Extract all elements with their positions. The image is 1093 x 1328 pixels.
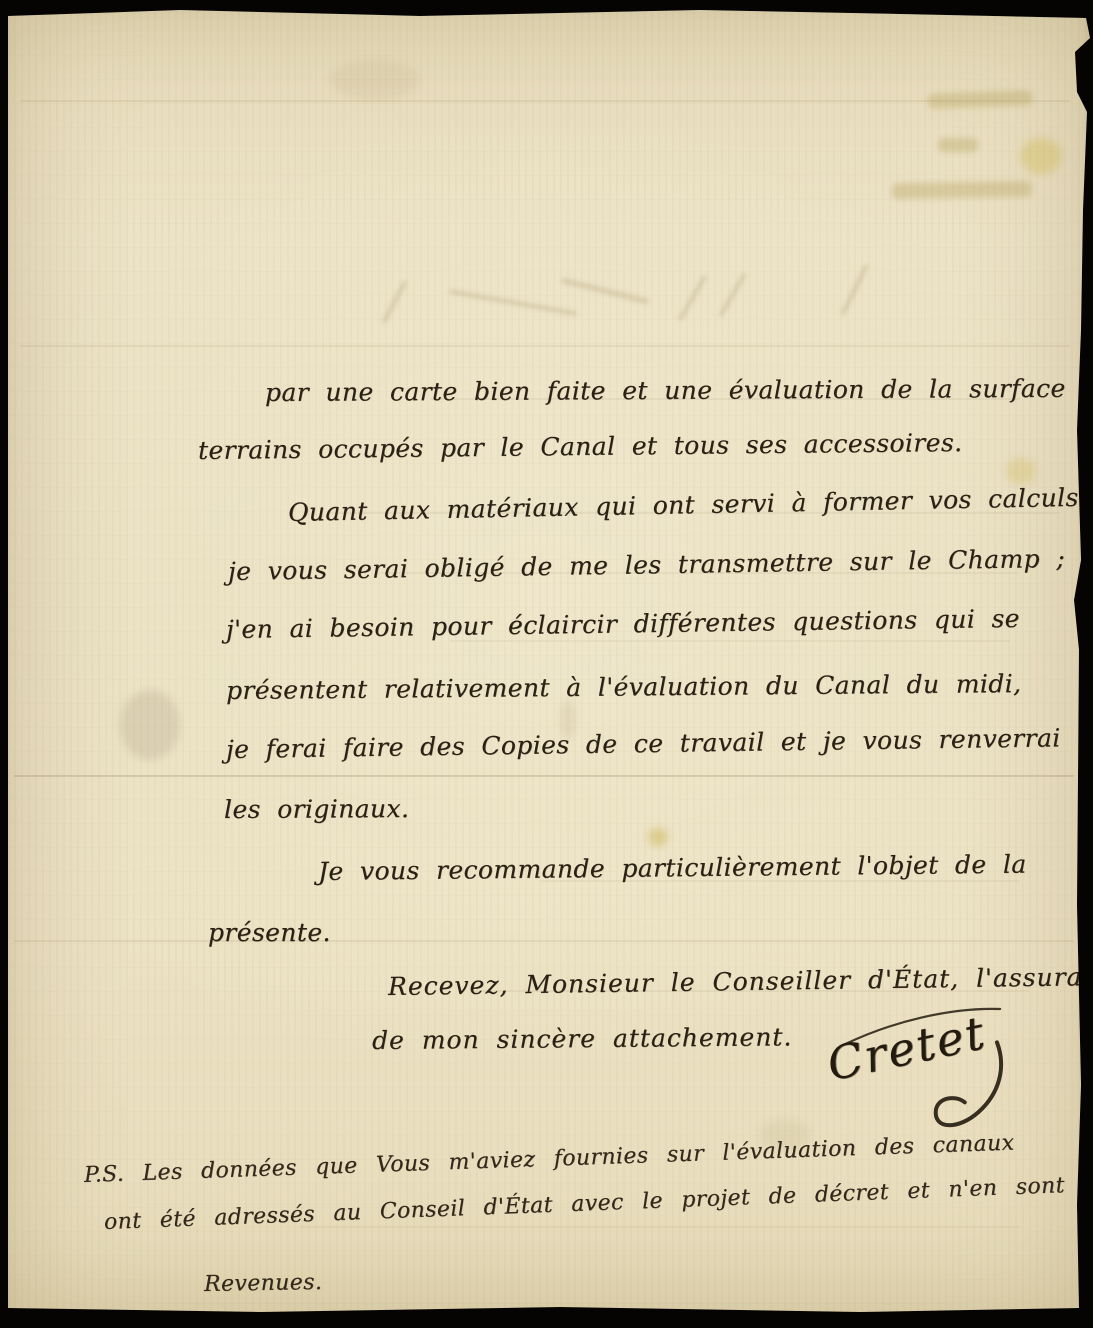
bleedthrough-mark — [677, 274, 707, 322]
stain — [1006, 458, 1036, 484]
letter-page: par une carte bien faite et une évaluati… — [0, 0, 1093, 1328]
closing-line: Recevez, Monsieur le Conseiller d'État, … — [388, 962, 1093, 1001]
letter-line: je ferai faire des Copies de ce travail … — [226, 723, 1061, 764]
letter-line: je vous serai obligé de me les transmett… — [228, 544, 1066, 586]
crease-line — [14, 940, 1074, 942]
letter-line: présente. — [208, 918, 331, 947]
bleedthrough-mark — [840, 264, 869, 317]
bleedthrough-mark — [928, 90, 1032, 109]
crease-line — [20, 100, 1070, 102]
letter-line: présentent relativement à l'évaluation d… — [226, 669, 1022, 705]
bleedthrough-mark — [892, 181, 1032, 199]
postscript-line: Revenues. — [204, 1270, 323, 1297]
letter-line: terrains occupés par le Canal et tous se… — [198, 428, 963, 465]
stain — [330, 60, 420, 100]
bleedthrough-mark — [449, 289, 578, 316]
crease-line — [20, 345, 1070, 347]
letter-line: les originaux. — [224, 794, 409, 824]
signature: Cretet — [822, 1005, 990, 1091]
bleedthrough-mark — [718, 272, 747, 318]
letter-line: par une carte bien faite et une évaluati… — [265, 373, 1093, 407]
stain — [648, 828, 668, 846]
bleedthrough-mark — [561, 277, 650, 305]
bleedthrough-mark — [938, 138, 978, 152]
letter-line: j'en ai besoin pour éclaircir différente… — [226, 604, 1020, 644]
scanned-letter: par une carte bien faite et une évaluati… — [0, 0, 1093, 1328]
crease-line — [14, 775, 1074, 777]
bleedthrough-mark — [381, 280, 408, 325]
crease-line — [300, 1226, 1020, 1228]
stain — [1020, 138, 1062, 174]
stain — [120, 690, 180, 760]
closing-line: de mon sincère attachement. — [372, 1022, 793, 1055]
letter-line: Quant aux matériaux qui ont servi à form… — [288, 483, 1088, 527]
crease-line — [450, 640, 1010, 642]
